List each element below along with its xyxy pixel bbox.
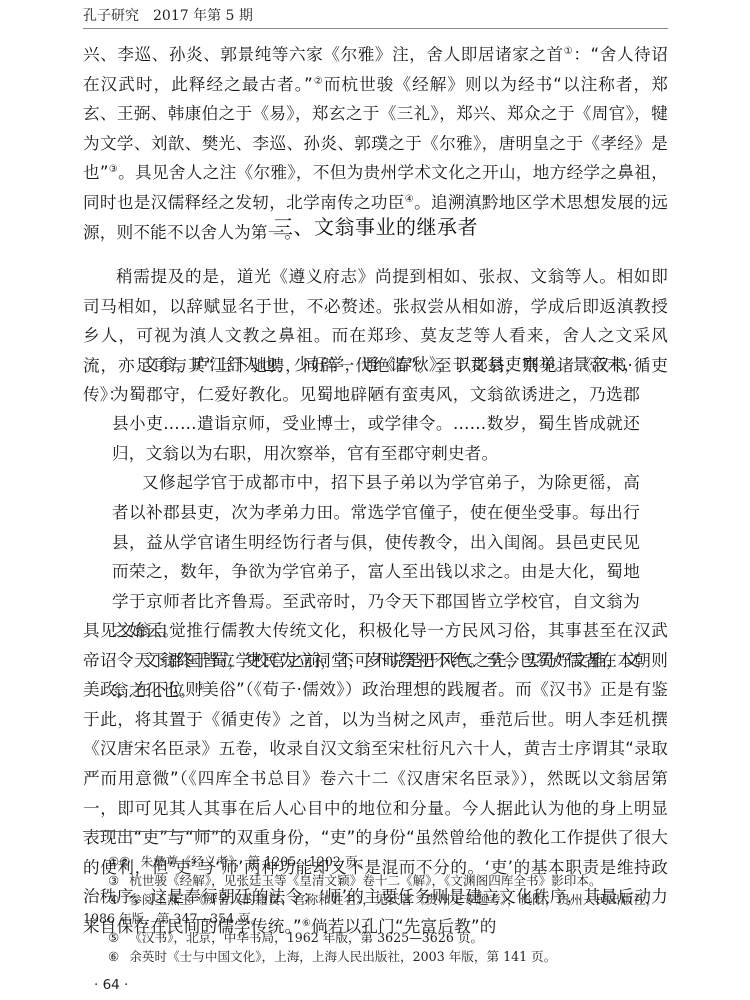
footnote-ref[interactable]: ①: [564, 46, 574, 57]
footnote-text: 《汉书》，北京，中华书局，1962 年版，第 3625—3626 页。: [129, 930, 483, 945]
footnote-ref[interactable]: ③: [109, 164, 118, 175]
journal-title: 孔子研究: [83, 8, 139, 24]
footnote-mark: ④: [108, 890, 119, 909]
text-span: 兴、李巡、孙炎、郭景纯等六家《尔雅》注，舍人即居诸家之首: [83, 45, 564, 64]
footnote-ref[interactable]: ④: [405, 194, 414, 205]
footnote-text: 朱彝尊《经义考》，第 1205，1202 页。: [141, 854, 371, 869]
footnotes: ①②朱彝尊《经义考》，第 1205，1202 页。 ③杭世骏《经解》，见张廷玉等…: [83, 852, 668, 966]
footnote-divider: [83, 831, 231, 832]
footnote-ref[interactable]: ②: [313, 76, 324, 87]
footnote-item: ①②朱彝尊《经义考》，第 1205，1202 页。: [83, 852, 668, 871]
page-number: · 64 ·: [94, 975, 128, 995]
footnote-item: ④参阅王燕玉《辨舍人的籍贯、官称和姓名》，见氏著《贵州史专题考》，贵阳，贵州人民…: [83, 890, 668, 928]
footnote-item: ⑥余英时《士与中国文化》，上海，上海人民出版社，2003 年版，第 141 页。: [83, 947, 668, 966]
issue-label: 2017 年第 5 期: [153, 8, 253, 24]
quote-paragraph: 文翁，庐江舒人也。少好学，通《春秋》，以郡县吏察举。景帝末，为蜀郡守，仁爱好教化…: [112, 350, 640, 468]
footnote-item: ⑤《汉书》，北京，中华书局，1962 年版，第 3625—3626 页。: [83, 928, 668, 947]
running-header: 孔子研究2017 年第 5 期: [83, 4, 668, 28]
footnote-mark: ③: [108, 871, 119, 890]
section-heading: 三、文翁事业的继承者: [83, 212, 668, 242]
footnote-text: 杭世骏《经解》，见张廷玉等《皇清文颖》卷十二《解》，《文渊阁四库全书》影印本。: [129, 873, 601, 888]
footnote-mark: ⑥: [108, 947, 119, 966]
footnote-mark: ①②: [108, 852, 131, 871]
footnote-mark: ⑤: [108, 928, 119, 947]
footnote-text: 余英时《士与中国文化》，上海，上海人民出版社，2003 年版，第 141 页。: [129, 949, 556, 964]
footnote-text: 参阅王燕玉《辨舍人的籍贯、官称和姓名》，见氏著《贵州史专题考》，贵阳，贵州人民出…: [83, 892, 658, 926]
header-divider: [83, 28, 668, 29]
footnote-item: ③杭世骏《经解》，见张廷玉等《皇清文颖》卷十二《解》，《文渊阁四库全书》影印本。: [83, 871, 668, 890]
